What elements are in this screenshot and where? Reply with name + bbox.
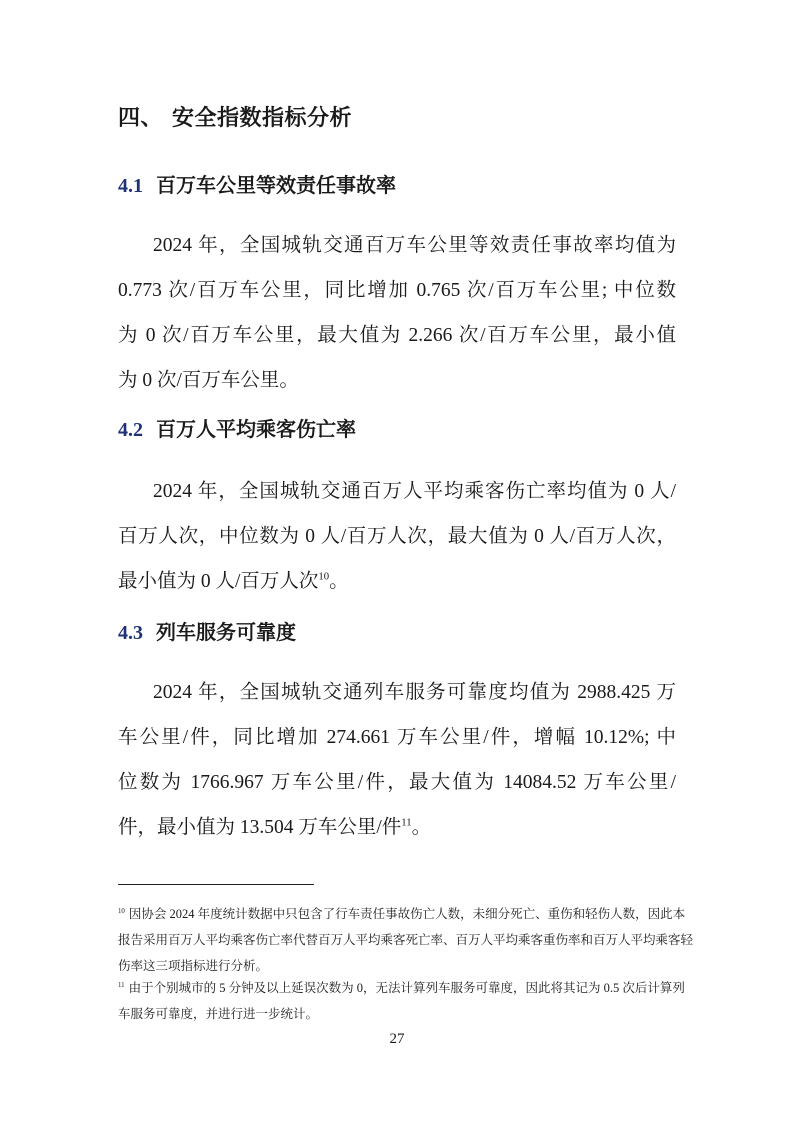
footnote-11: 11由于个别城市的 5 分钟及以上延误次数为 0，无法计算列车服务可靠度，因此将… — [118, 975, 676, 1027]
footnote-number: 11 — [118, 982, 125, 989]
section-heading-4-2: 4.2百万人平均乘客伤亡率 — [118, 417, 718, 443]
paragraph-text: 件，最小值为 13.504 万车公里/件 — [118, 817, 401, 838]
paragraph-line: 位数为 1766.967 万车公里/件，最大值为 14084.52 万车公里/ — [118, 760, 676, 805]
footnote-ref-marker: 11 — [401, 817, 411, 829]
section-heading-4-1: 4.1百万车公里等效责任事故率 — [118, 173, 718, 199]
paragraph-line: 为 0 次/百万车公里。 — [118, 358, 676, 403]
paragraph-text: 。 — [329, 571, 349, 592]
section-number: 4.2 — [118, 419, 143, 441]
footnote-separator — [118, 884, 314, 885]
paragraph-line: 2024 年，全国城轨交通列车服务可靠度均值为 2988.425 万 — [118, 670, 676, 715]
footnote-line: 11由于个别城市的 5 分钟及以上延误次数为 0，无法计算列车服务可靠度，因此将… — [118, 975, 676, 1001]
footnote-text: 因协会 2024 年度统计数据中只包含了行车责任事故伤亡人数，未细分死亡、重伤和… — [129, 907, 685, 921]
paragraph-line: 百万人次，中位数为 0 人/百万人次，最大值为 0 人/百万人次， — [118, 514, 676, 559]
page-title-text: 安全指数指标分析 — [172, 106, 352, 131]
footnote-line: 10因协会 2024 年度统计数据中只包含了行车责任事故伤亡人数，未细分死亡、重… — [118, 901, 676, 927]
section-4-2-paragraph: 2024 年，全国城轨交通百万人平均乘客伤亡率均值为 0 人/ 百万人次，中位数… — [118, 469, 676, 604]
footnote-ref-marker: 10 — [318, 571, 329, 583]
page-number: 27 — [0, 1030, 794, 1048]
paragraph-line: 件，最小值为 13.504 万车公里/件11。 — [118, 805, 676, 850]
paragraph-line: 2024 年，全国城轨交通百万人平均乘客伤亡率均值为 0 人/ — [118, 469, 676, 514]
section-title: 列车服务可靠度 — [156, 622, 296, 644]
footnote-text: 由于个别城市的 5 分钟及以上延误次数为 0，无法计算列车服务可靠度，因此将其记… — [129, 981, 685, 995]
section-4-1-paragraph: 2024 年，全国城轨交通百万车公里等效责任事故率均值为 0.773 次/百万车… — [118, 223, 676, 403]
footnote-number: 10 — [118, 908, 125, 915]
document-page: 四、安全指数指标分析 4.1百万车公里等效责任事故率 2024 年，全国城轨交通… — [0, 0, 794, 1123]
paragraph-line: 0.773 次/百万车公里，同比增加 0.765 次/百万车公里; 中位数 — [118, 268, 676, 313]
paragraph-line: 2024 年，全国城轨交通百万车公里等效责任事故率均值为 — [118, 223, 676, 268]
section-title: 百万车公里等效责任事故率 — [156, 175, 396, 197]
footnote-line: 报告采用百万人平均乘客伤亡率代替百万人平均乘客死亡率、百万人平均乘客重伤率和百万… — [118, 927, 676, 953]
paragraph-line: 最小值为 0 人/百万人次10。 — [118, 559, 676, 604]
paragraph-line: 为 0 次/百万车公里，最大值为 2.266 次/百万车公里，最小值 — [118, 313, 676, 358]
paragraph-text: 为 0 次/百万车公里。 — [118, 370, 299, 391]
footnote-line: 车服务可靠度，并进行进一步统计。 — [118, 1001, 676, 1027]
section-title: 百万人平均乘客伤亡率 — [156, 419, 356, 441]
paragraph-text: 。 — [412, 817, 432, 838]
section-4-3-paragraph: 2024 年，全国城轨交通列车服务可靠度均值为 2988.425 万 车公里/件… — [118, 670, 676, 850]
section-number: 4.1 — [118, 175, 143, 197]
section-heading-4-3: 4.3列车服务可靠度 — [118, 620, 718, 646]
page-title: 四、安全指数指标分析 — [118, 105, 352, 133]
paragraph-line: 车公里/件，同比增加 274.661 万车公里/件，增幅 10.12%; 中 — [118, 715, 676, 760]
page-title-number: 四、 — [118, 106, 163, 131]
paragraph-text: 最小值为 0 人/百万人次 — [118, 571, 318, 592]
footnote-10: 10因协会 2024 年度统计数据中只包含了行车责任事故伤亡人数，未细分死亡、重… — [118, 901, 676, 979]
section-number: 4.3 — [118, 622, 143, 644]
